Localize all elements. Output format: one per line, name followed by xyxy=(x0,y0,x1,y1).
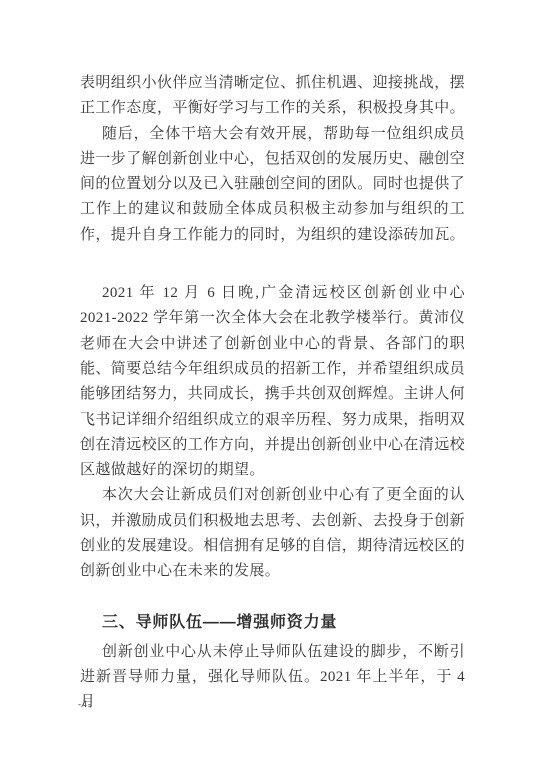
page-number: -4- xyxy=(78,699,92,711)
paragraph-mentor-team: 创新创业中心从未停止导师队伍建设的脚步，不断引进新晋导师力量，强化导师队伍。20… xyxy=(80,640,465,716)
section-heading: 三、导师队伍——增强师资力量 xyxy=(80,610,465,636)
paragraph-cadre-training: 随后，全体干培大会有效开展，帮助每一位组织成员进一步了解创新创业中心，包括双创的… xyxy=(80,122,465,248)
paragraph-meeting-summary: 本次大会让新成员们对创新创业中心有了更全面的认识，并激励成员们积极地去思考、去创… xyxy=(80,483,465,584)
blank-line xyxy=(80,585,465,610)
paragraph-general-meeting: 2021 年 12 月 6 日晚,广金清远校区创新创业中心 2021-2022 … xyxy=(80,281,465,483)
page-body: 表明组织小伙伴应当清晰定位、抓住机遇、迎接挑战，摆正工作态度，平衡好学习与工作的… xyxy=(80,71,465,716)
document-page: 表明组织小伙伴应当清晰定位、抓住机遇、迎接挑战，摆正工作态度，平衡好学习与工作的… xyxy=(0,0,543,768)
blank-line xyxy=(80,248,465,281)
paragraph-continuation: 表明组织小伙伴应当清晰定位、抓住机遇、迎接挑战，摆正工作态度，平衡好学习与工作的… xyxy=(80,71,465,122)
